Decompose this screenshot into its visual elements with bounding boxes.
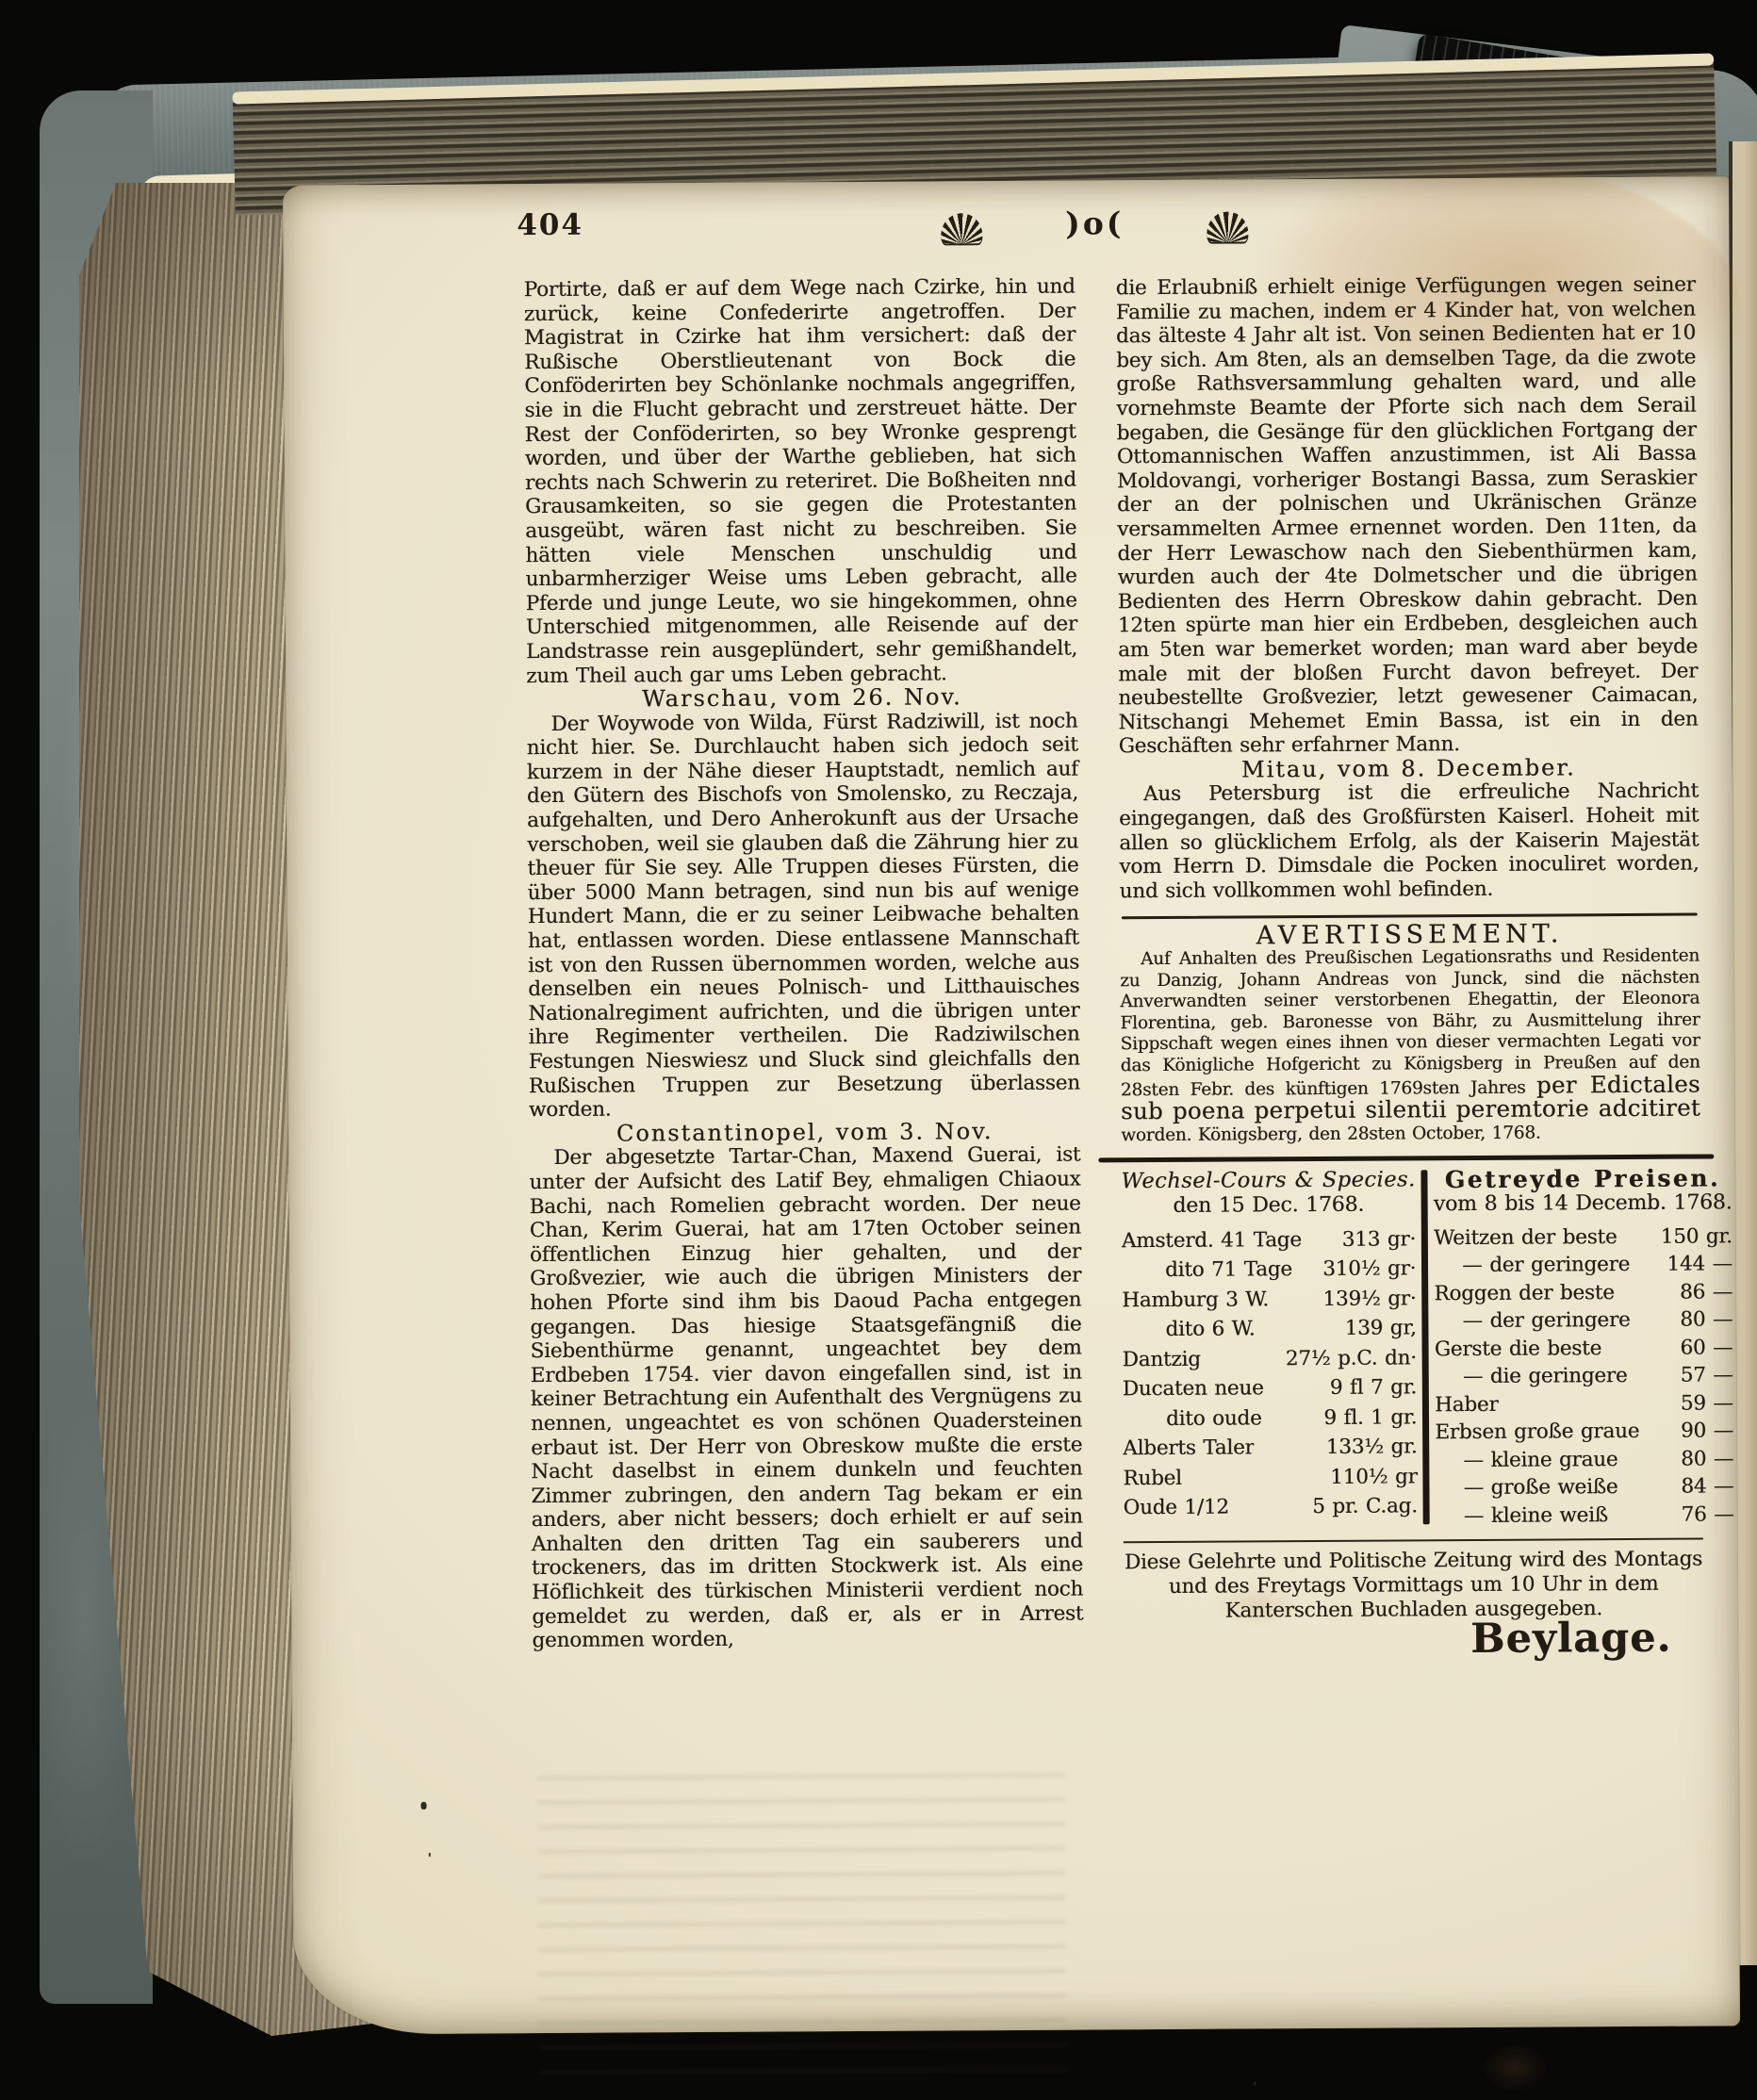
grain-price-table: Getreyde Preisen. vom 8 bis 14 Decemb. 1…: [1434, 1167, 1734, 1531]
beylage-signature: Beylage.: [1124, 1627, 1703, 1654]
exchange-table-title: Wechsel-Cours & Species.: [1121, 1169, 1415, 1195]
table-row: Erbsen große graue90 —: [1435, 1417, 1733, 1446]
table-row: Ducaten neue9 fl 7 gr.: [1123, 1372, 1417, 1403]
table-bottom-rule: [1124, 1538, 1703, 1544]
continuation-paragraph: die Erlaubniß erhielt einige Verfügungen…: [1116, 273, 1699, 760]
ink-specks: [420, 1802, 426, 1810]
heading-mitau: Mitau, vom 8. December.: [1119, 755, 1699, 782]
grain-table-date: vom 8 bis 14 Decemb. 1768.: [1434, 1190, 1732, 1217]
table-row: dito 71 Tage310½ gr·: [1122, 1254, 1416, 1285]
table-row: Roggen der beste86 —: [1434, 1278, 1732, 1307]
table-row: Rubel110½ gr: [1123, 1462, 1417, 1493]
table-row: Weitzen der beste150 gr.: [1434, 1222, 1732, 1252]
heading-constantinopel: Constantinopel, vom 3. Nov.: [529, 1119, 1080, 1146]
fleuron-left-icon: [941, 213, 982, 243]
warschau-paragraph: Der Woywode von Wilda, Fürst Radziwill, …: [526, 709, 1080, 1123]
price-tables: Wechsel-Cours & Species. den 15 Dec. 176…: [1121, 1167, 1702, 1532]
table-row: — kleine weiß76 —: [1436, 1501, 1734, 1530]
header-ornament-row: )o(: [941, 207, 1248, 246]
table-row: — der geringere144 —: [1434, 1250, 1732, 1279]
table-row: Dantzig27½ p.C. dn·: [1123, 1343, 1417, 1374]
continuation-paragraph: Portirte, daß er auf dem Wege nach Czirk…: [524, 275, 1078, 689]
table-row: Oude 1/125 pr. C.ag.: [1124, 1491, 1418, 1522]
section-rule: [1122, 913, 1698, 920]
table-row: Amsterd. 41 Tage313 gr·: [1122, 1224, 1416, 1255]
exchange-rate-table: Wechsel-Cours & Species. den 15 Dec. 176…: [1121, 1169, 1418, 1533]
table-row: — große weiße84 —: [1436, 1472, 1734, 1501]
exchange-table-date: den 15 Dec. 1768.: [1122, 1192, 1416, 1219]
photo-background: 404 )o( Portirte, daß er auf dem Wege na…: [0, 0, 1757, 2100]
signature-mark: )o(: [1065, 205, 1124, 241]
table-row: Alberts Taler133½ gr.: [1123, 1432, 1417, 1463]
page-number: 404: [517, 208, 583, 242]
constantinopel-paragraph: Der abgesetzte Tartar-Chan, Maxend Guera…: [529, 1143, 1083, 1653]
heading-warschau: Warschau, vom 26. Nov.: [526, 685, 1077, 713]
foxing-spot: [1482, 2044, 1548, 2092]
table-row: — der geringere80 —: [1435, 1305, 1733, 1335]
right-column: die Erlaubniß erhielt einige Verfügungen…: [1116, 273, 1704, 1654]
table-row: Haber59 —: [1435, 1389, 1733, 1419]
table-row: — kleine graue80 —: [1435, 1445, 1733, 1474]
table-divider-rule: [1421, 1171, 1430, 1525]
table-row: dito 6 W.139 gr,: [1122, 1313, 1416, 1344]
table-row: — die geringere57 —: [1435, 1361, 1733, 1390]
newspaper-page: 404 )o( Portirte, daß er auf dem Wege na…: [283, 176, 1740, 2034]
table-top-rule: [1098, 1155, 1714, 1163]
show-through-text: [537, 1764, 1067, 2078]
colophon-text: Diese Gelehrte und Politische Zeitung wi…: [1124, 1548, 1703, 1625]
left-column: Portirte, daß er auf dem Wege nach Czirk…: [524, 275, 1084, 1653]
avertissement-title: AVERTISSEMENT.: [1120, 922, 1700, 949]
mitau-paragraph: Aus Petersburg ist die erfreuliche Nachr…: [1119, 779, 1700, 904]
grain-table-title: Getreyde Preisen.: [1434, 1167, 1732, 1193]
table-row: Hamburg 3 W.139½ gr·: [1122, 1284, 1416, 1315]
table-row: dito oude9 fl. 1 gr.: [1123, 1403, 1417, 1434]
avertissement-text: Auf Anhalten des Preußischen Legationsra…: [1120, 946, 1700, 1147]
table-row: Gerste die beste60 —: [1435, 1334, 1733, 1363]
avertissement-closing-part: worden. Königsberg, den 28sten October, …: [1121, 1123, 1540, 1145]
fleuron-right-icon: [1207, 211, 1248, 241]
